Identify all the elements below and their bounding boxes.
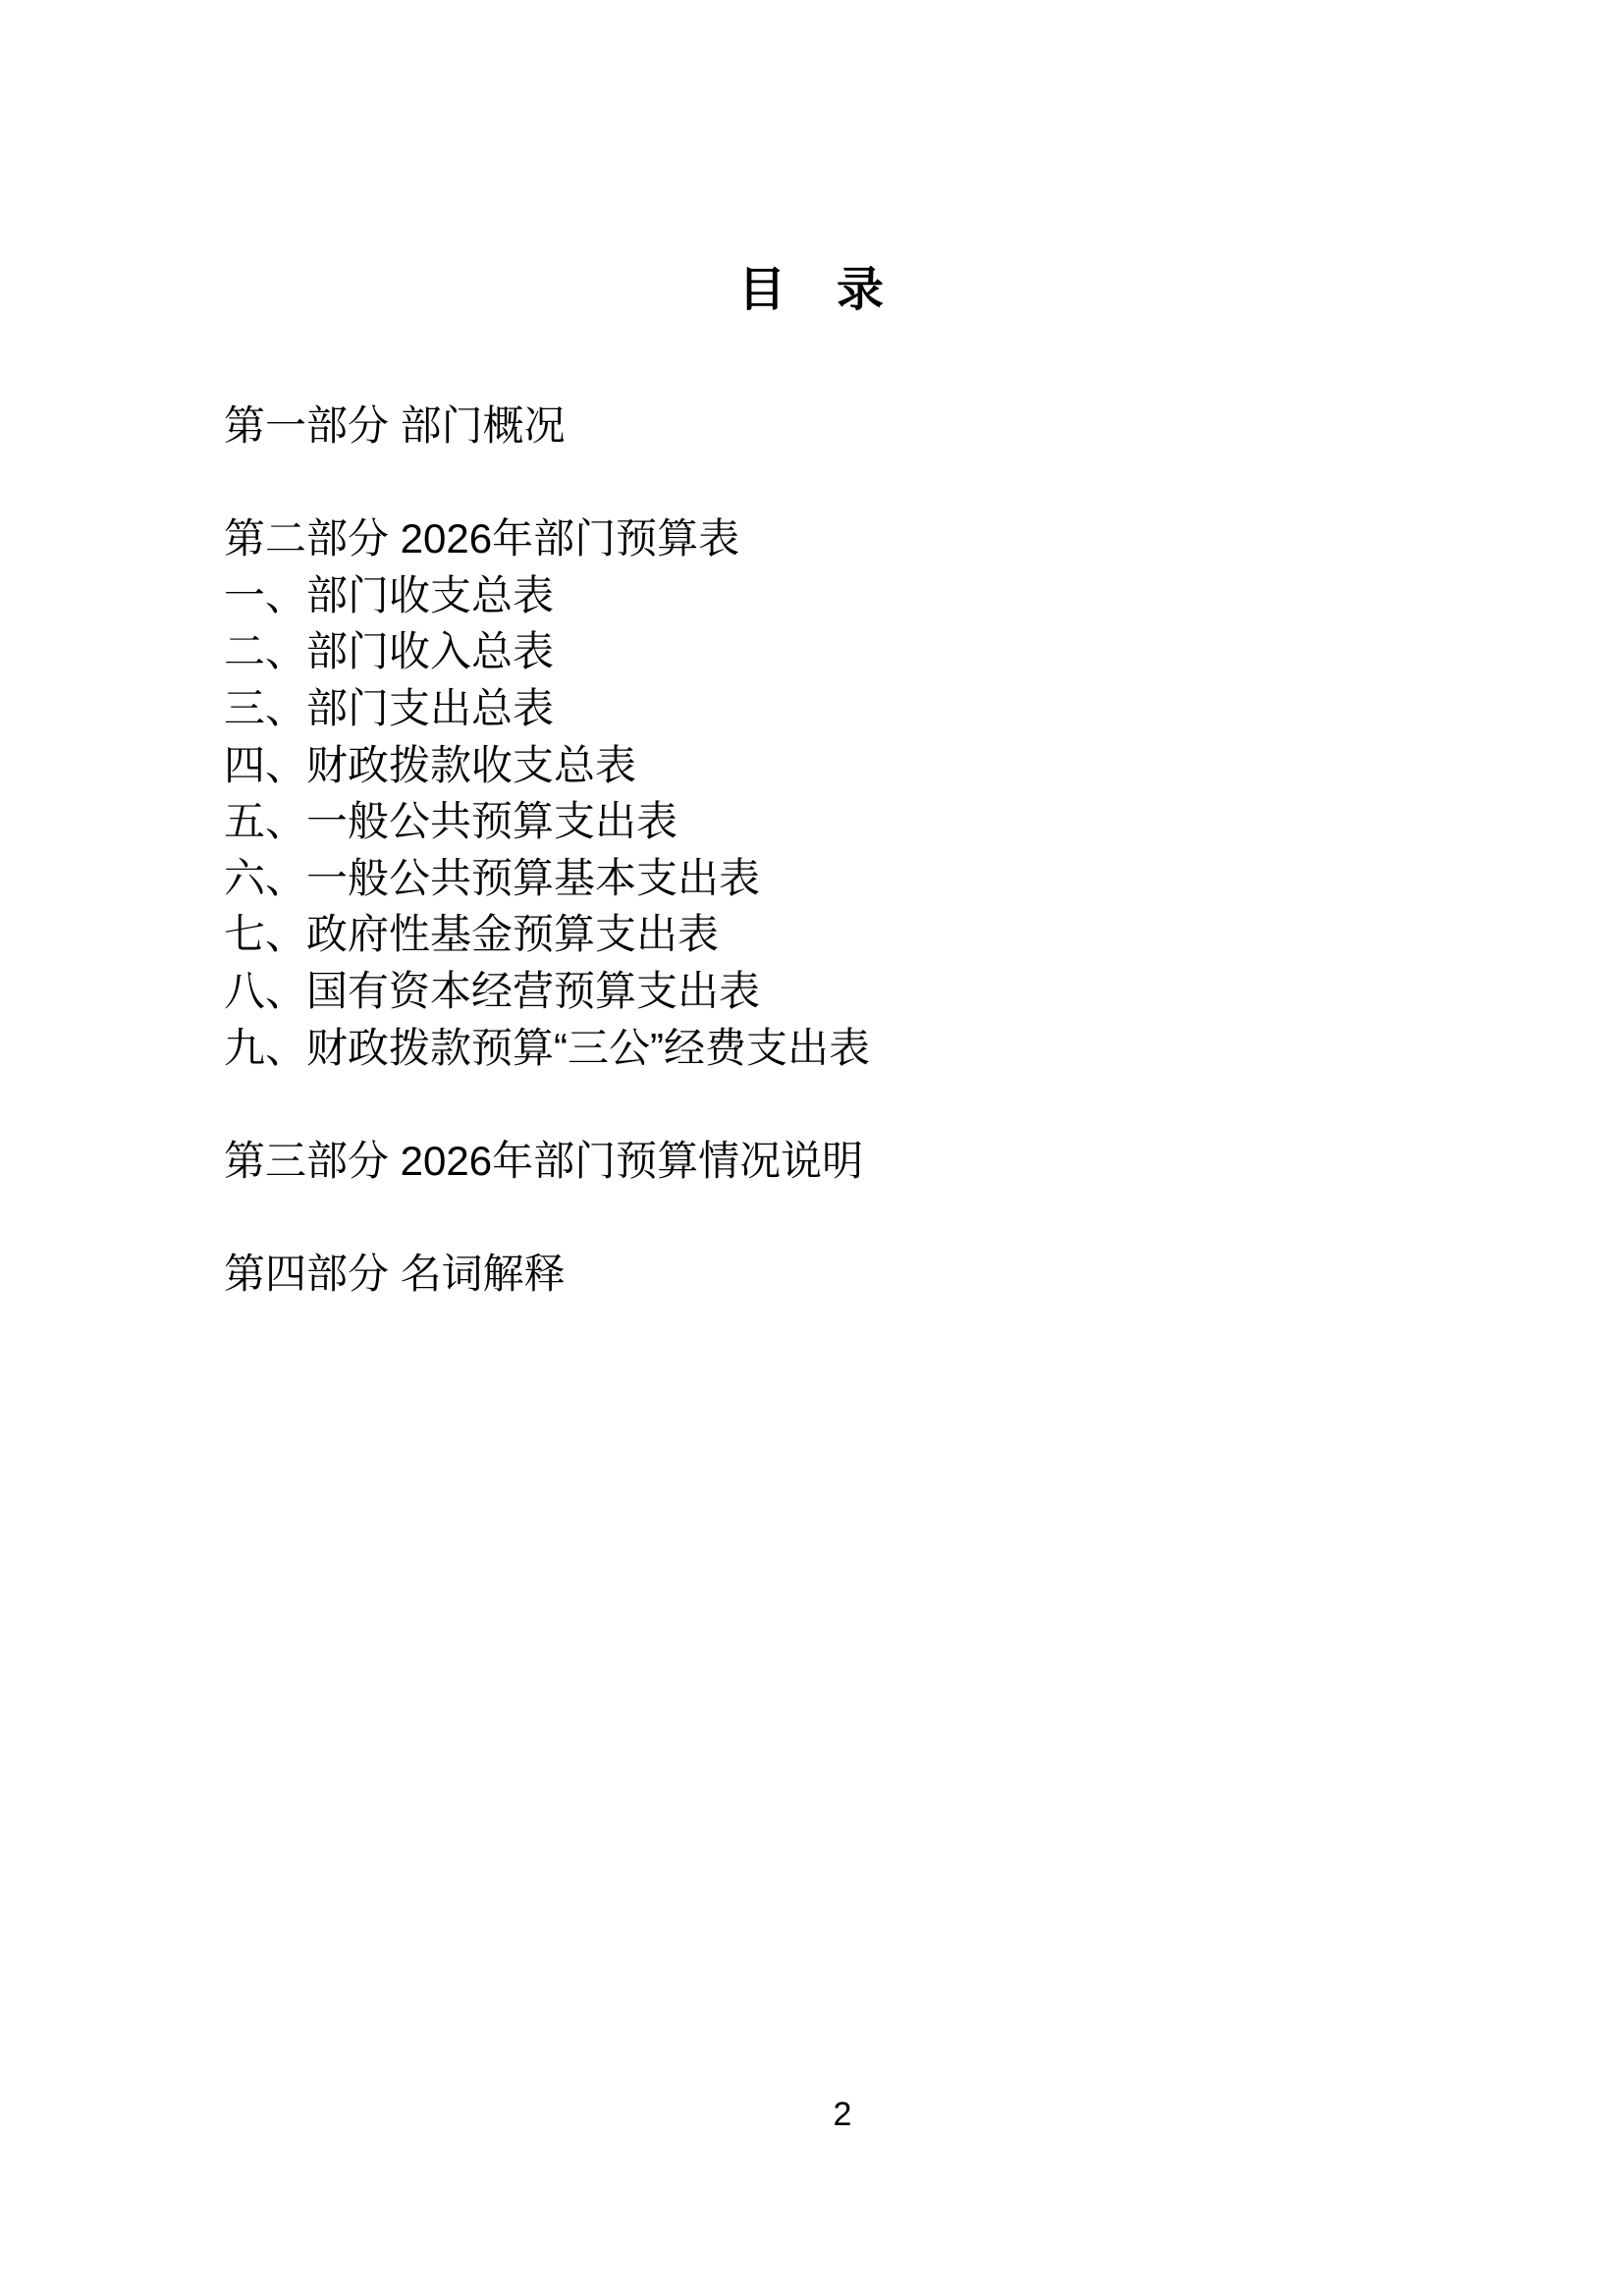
toc-group: 第一部分 部门概况 [224, 398, 1526, 454]
toc-section-heading: 第四部分 名词解释 [224, 1246, 1526, 1303]
toc-section-heading: 第一部分 部门概况 [224, 398, 1526, 454]
page-number: 2 [834, 2096, 852, 2133]
toc-item: 四、财政拨款收支总表 [224, 737, 1526, 794]
toc-item: 七、政府性基金预算支出表 [224, 906, 1526, 963]
toc-item: 二、部门收入总表 [224, 623, 1526, 680]
toc-item: 三、部门支出总表 [224, 680, 1526, 737]
document-page: 目 录 第一部分 部门概况第二部分 2026年部门预算表一、部门收支总表二、部门… [0, 0, 1624, 2296]
toc-section-heading: 第三部分 2026年部门预算情况说明 [224, 1133, 1526, 1190]
toc-group: 第三部分 2026年部门预算情况说明 [224, 1133, 1526, 1190]
toc-list: 第一部分 部门概况第二部分 2026年部门预算表一、部门收支总表二、部门收入总表… [224, 398, 1526, 1359]
page-footer: 2 [0, 2095, 1624, 2134]
toc-item: 一、部门收支总表 [224, 567, 1526, 624]
toc-section-heading: 第二部分 2026年部门预算表 [224, 510, 1526, 567]
toc-group: 第四部分 名词解释 [224, 1246, 1526, 1303]
toc-item: 九、财政拨款预算“三公”经费支出表 [224, 1020, 1526, 1077]
toc-group: 第二部分 2026年部门预算表一、部门收支总表二、部门收入总表三、部门支出总表四… [224, 510, 1526, 1076]
page-title: 目 录 [0, 259, 1624, 322]
toc-item: 六、一般公共预算基本支出表 [224, 850, 1526, 907]
toc-item: 八、国有资本经营预算支出表 [224, 963, 1526, 1020]
toc-item: 五、一般公共预算支出表 [224, 793, 1526, 850]
